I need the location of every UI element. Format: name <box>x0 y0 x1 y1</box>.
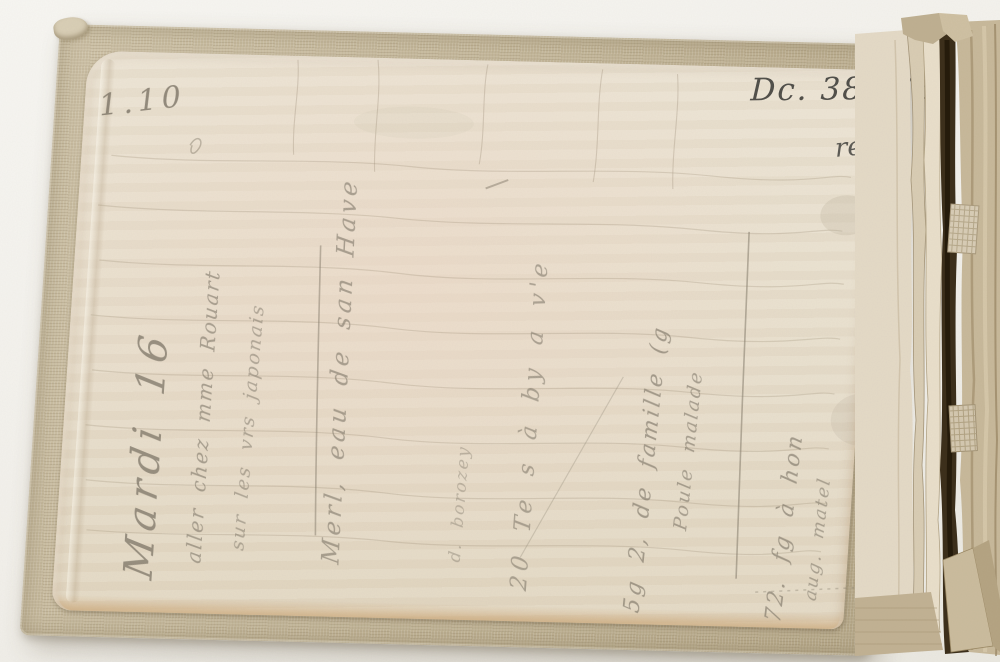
facing-page-edge <box>955 20 1000 655</box>
photograph-of-notebook: 1.10 Dc. 38). (3) res. Mardi 16 aller ch… <box>0 0 1000 662</box>
torn-page-stub <box>907 28 926 626</box>
spine-gap-shadow <box>939 22 969 654</box>
torn-page-stub <box>923 26 942 632</box>
notebook-cover-linen: 1.10 Dc. 38). (3) res. Mardi 16 aller ch… <box>19 24 909 656</box>
cloth-fray <box>901 13 947 44</box>
cloth-fray <box>939 13 973 42</box>
cloth-tape-fragment <box>949 405 977 452</box>
shelfmark-inscription: Dc. 38). (3) <box>750 70 953 108</box>
cloth-tape-fragment <box>948 204 979 254</box>
shelfmark-note-inscription: res. <box>834 129 885 164</box>
frayed-corner <box>52 14 89 42</box>
